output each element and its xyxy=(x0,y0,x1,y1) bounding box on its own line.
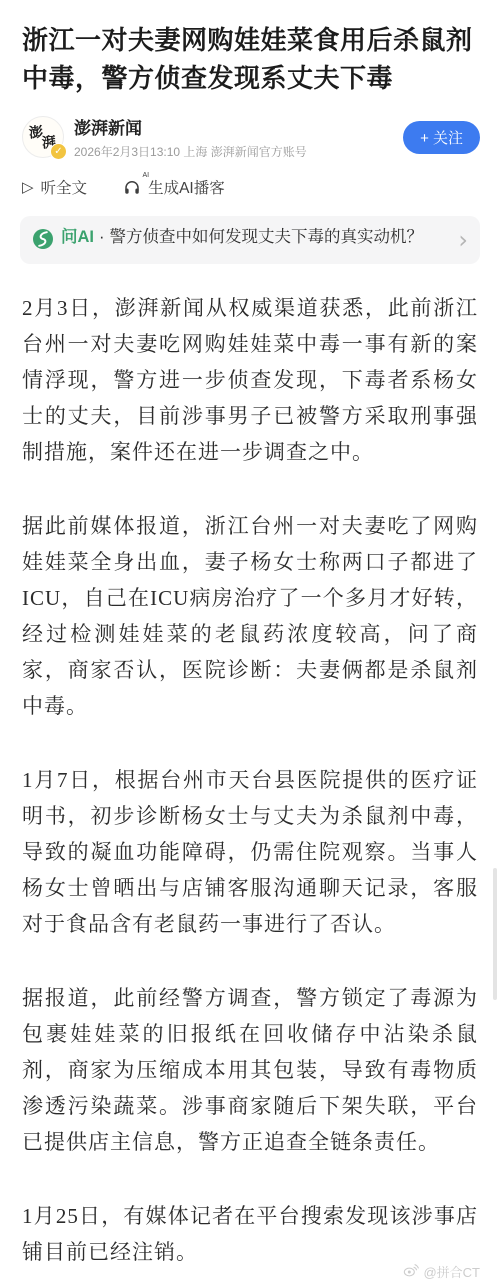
follow-button[interactable]: + 关注 xyxy=(403,121,480,154)
paragraph: 1月25日，有媒体记者在平台搜索发现该涉事店铺目前已经注销。 xyxy=(22,1198,478,1270)
ask-ai-text: 问AI·警方侦查中如何发现丈夫下毒的真实动机？ xyxy=(61,226,452,249)
scrollbar-thumb[interactable] xyxy=(493,868,497,1000)
action-row: ▷ 听全文 AI 生成AI播客 xyxy=(0,160,500,198)
chevron-right-icon: › xyxy=(458,226,468,254)
author-info: 澎湃新闻 2026年2月3日13:10 上海 澎湃新闻官方账号 xyxy=(74,114,395,160)
paragraph: 1月7日，根据台州市天台县医院提供的医疗证明书，初步诊断杨女士与丈夫为杀鼠剂中毒… xyxy=(22,762,478,942)
author-row: 澎 湃 ✓ 澎湃新闻 2026年2月3日13:10 上海 澎湃新闻官方账号 + … xyxy=(0,98,500,160)
ask-ai-label: 问AI xyxy=(61,228,94,246)
ask-ai-icon xyxy=(33,229,53,254)
verified-badge-icon: ✓ xyxy=(50,143,67,160)
paragraph: 2月3日，澎湃新闻从权威渠道获悉，此前浙江台州一对夫妻吃网购娃娃菜中毒一事有新的… xyxy=(22,290,478,470)
generate-ai-podcast-button[interactable]: AI 生成AI播客 xyxy=(123,176,225,198)
author-name[interactable]: 澎湃新闻 xyxy=(74,114,395,139)
paragraph: 据此前媒体报道，浙江台州一对夫妻吃了网购娃娃菜全身出血，妻子杨女士称两口子都进了… xyxy=(22,508,478,724)
ask-ai-question: 警方侦查中如何发现丈夫下毒的真实动机？ xyxy=(110,228,424,246)
watermark-text: @拼合CT xyxy=(423,1262,480,1281)
article-page: 浙江一对夫妻网购娃娃菜食用后杀鼠剂中毒，警方侦查发现系丈夫下毒 澎 湃 ✓ 澎湃… xyxy=(0,0,500,1288)
weibo-eye-icon xyxy=(403,1263,419,1280)
ai-tag: AI xyxy=(142,172,149,179)
headphones-icon: AI xyxy=(123,178,141,196)
listen-full-text-button[interactable]: ▷ 听全文 xyxy=(22,176,87,198)
ask-ai-card[interactable]: 问AI·警方侦查中如何发现丈夫下毒的真实动机？ › xyxy=(20,216,480,264)
avatar[interactable]: 澎 湃 ✓ xyxy=(22,116,64,158)
weibo-watermark: @拼合CT xyxy=(403,1262,480,1281)
play-icon: ▷ xyxy=(22,178,34,196)
podcast-label: 生成AI播客 xyxy=(148,176,225,198)
publish-meta: 2026年2月3日13:10 上海 澎湃新闻官方账号 xyxy=(74,143,395,160)
ask-ai-separator: · xyxy=(99,228,105,246)
paragraph: 据报道，此前经警方调查，警方锁定了毒源为包裹娃娃菜的旧报纸在回收储存中沾染杀鼠剂… xyxy=(22,980,478,1160)
listen-label: 听全文 xyxy=(41,176,88,198)
article-title: 浙江一对夫妻网购娃娃菜食用后杀鼠剂中毒，警方侦查发现系丈夫下毒 xyxy=(0,0,500,98)
article-body: 2月3日，澎湃新闻从权威渠道获悉，此前浙江台州一对夫妻吃网购娃娃菜中毒一事有新的… xyxy=(0,264,500,1270)
